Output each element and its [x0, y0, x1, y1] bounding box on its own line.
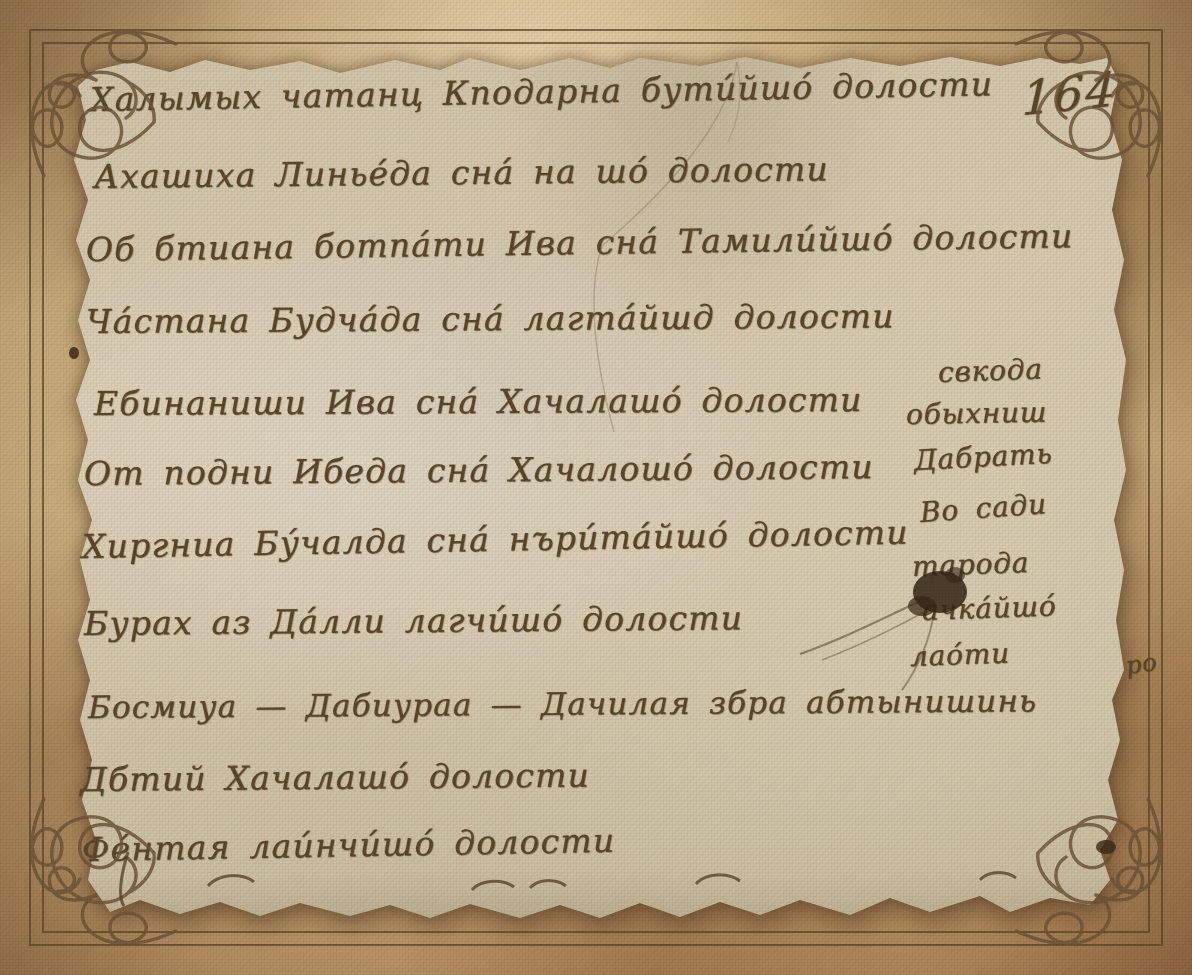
manuscript-line: Ча́стана Будча́да сна́ лагта́йшд долости — [86, 296, 895, 341]
marginalia-note: тарода — [911, 546, 1029, 583]
manuscript-line: Дбтий Хачалашо́ долости — [80, 756, 590, 799]
manuscript-line: Бурах аз Да́лли лагчи́шо́ долости — [84, 598, 744, 643]
marginalia-note: лао́ти — [909, 637, 1010, 673]
manuscript-photo: Халымых чатанц Кподарна бути́йшо́ долост… — [0, 0, 1192, 975]
folio-number: 164 — [1021, 62, 1118, 128]
marginalia-note: свкода — [937, 352, 1043, 389]
marginalia-note: ачка́йшо́ — [921, 589, 1057, 627]
manuscript-line: Ахашиха Линье́да сна́ на шо́ долости — [94, 149, 829, 196]
marginalia-note: обыхниш — [906, 396, 1048, 431]
manuscript-line: Босмиуа — Дабиураа — Дачилая збра абтыни… — [88, 683, 1037, 726]
manuscript-line: Ебинаниши Ива сна́ Хачалашо́ долости — [94, 380, 863, 423]
marginalia-note: ро — [1124, 648, 1159, 680]
manuscript-line: От подни Ибеда сна́ Хачалошо́ долости — [84, 447, 874, 493]
